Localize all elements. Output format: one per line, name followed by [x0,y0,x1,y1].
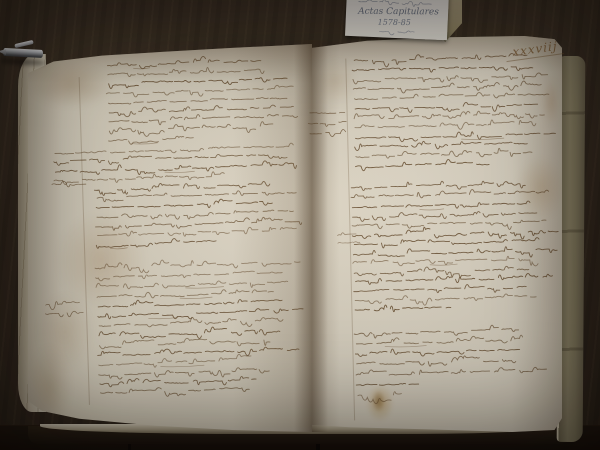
pen-clip [14,40,33,48]
archival-note: Actas Capitulares 1578-85 [345,0,449,40]
right-page [312,36,562,432]
damp-stain [316,56,356,106]
pen-body [3,48,43,58]
left-page [28,44,312,432]
note-title-line: Actas Capitulares [358,7,439,18]
pen-shadow [0,58,46,66]
manuscript-photo: xxxviij Actas Capitulares 1578-85 [0,0,600,450]
note-date-line: 1578-85 [378,18,411,27]
ballpoint-pen [0,39,51,70]
damp-stain [516,156,566,220]
damp-stain [542,78,560,126]
ink-drip-stain-core [372,390,385,412]
